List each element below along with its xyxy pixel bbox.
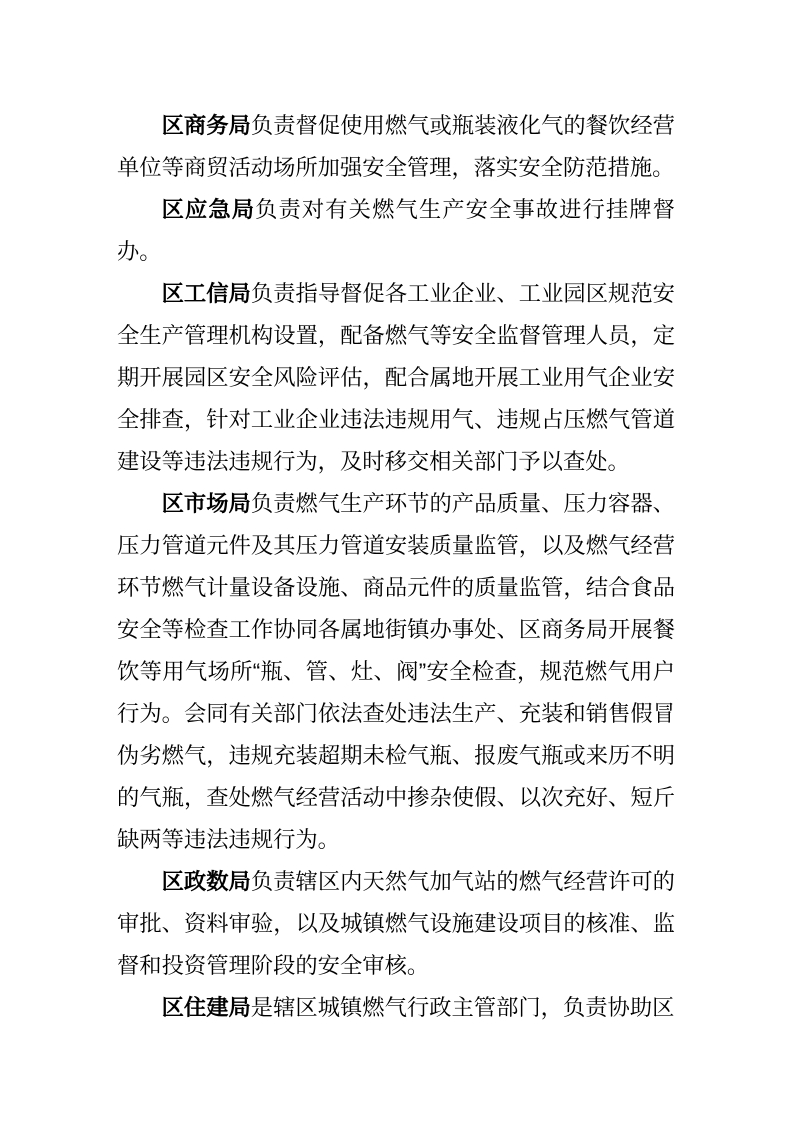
paragraph-zhujianju: 区住建局是辖区城镇燃气行政主管部门，负责协助区 (117, 987, 675, 1029)
department-name: 区市场局 (162, 491, 251, 516)
paragraph-gongxinju: 区工信局负责指导督促各工业企业、工业园区规范安全生产管理机构设置，配备燃气等安全… (117, 273, 675, 483)
document-body: 区商务局负责督促使用燃气或瓶装液化气的餐饮经营单位等商贸活动场所加强安全管理，落… (117, 105, 675, 1029)
department-name: 区住建局 (162, 995, 251, 1020)
paragraph-text: 负责指导督促各工业企业、工业园区规范安全生产管理机构设置，配备燃气等安全监督管理… (117, 281, 675, 474)
department-name: 区工信局 (162, 281, 251, 306)
paragraph-yingjiju: 区应急局负责对有关燃气生产安全事故进行挂牌督办。 (117, 189, 675, 273)
department-name: 区政数局 (162, 869, 251, 894)
paragraph-shichangju: 区市场局负责燃气生产环节的产品质量、压力容器、压力管道元件及其压力管道安装质量监… (117, 483, 675, 861)
department-name: 区应急局 (162, 197, 256, 222)
paragraph-zhengshuju: 区政数局负责辖区内天然气加气站的燃气经营许可的审批、资料审验，以及城镇燃气设施建… (117, 861, 675, 987)
document-page: 区商务局负责督促使用燃气或瓶装液化气的餐饮经营单位等商贸活动场所加强安全管理，落… (0, 0, 793, 1122)
paragraph-text: 负责燃气生产环节的产品质量、压力容器、压力管道元件及其压力管道安装质量监管，以及… (117, 491, 675, 852)
paragraph-text: 是辖区城镇燃气行政主管部门，负责协助区 (251, 995, 675, 1020)
department-name: 区商务局 (162, 113, 251, 138)
paragraph-shangwuju: 区商务局负责督促使用燃气或瓶装液化气的餐饮经营单位等商贸活动场所加强安全管理，落… (117, 105, 675, 189)
